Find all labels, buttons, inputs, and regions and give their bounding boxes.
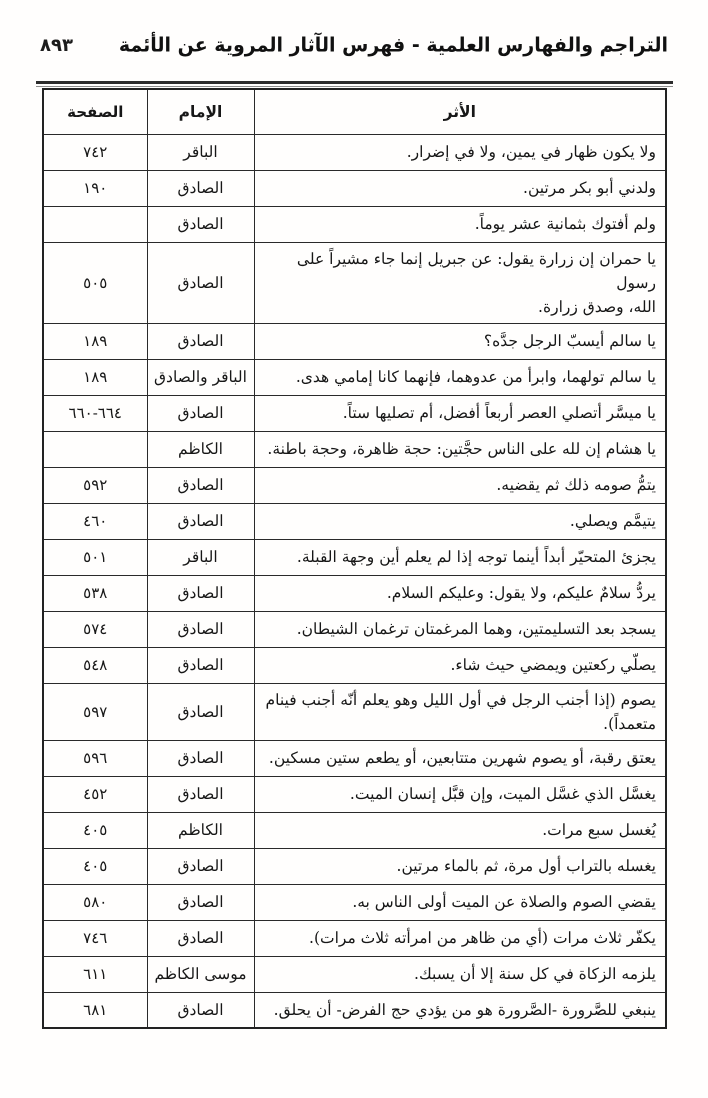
- cell-athar: ولدني أبو بكر مرتين.: [254, 170, 666, 206]
- table-row: يغسَّل الذي غسَّل الميت، وإن قبَّل إنسان…: [43, 776, 666, 812]
- table-row: يا حمران إن زرارة يقول: عن جبريل إنما جا…: [43, 242, 666, 323]
- cell-imam: الصادق: [147, 575, 254, 611]
- cell-imam: الباقر: [147, 134, 254, 170]
- cell-page: ١٨٩: [43, 323, 147, 359]
- table-row: يكفّر ثلاث مرات (أي من ظاهر من امرأته ثل…: [43, 920, 666, 956]
- cell-page: ٥٧٤: [43, 611, 147, 647]
- column-header-page: الصفحة: [43, 89, 147, 134]
- cell-page: ٧٤٢: [43, 134, 147, 170]
- table-row: يا هشام إن لله على الناس حجَّتين: حجة ظا…: [43, 431, 666, 467]
- cell-imam: الصادق: [147, 848, 254, 884]
- column-header-imam: الإمام: [147, 89, 254, 134]
- cell-athar: يعتق رقبة، أو يصوم شهرين متتابعين، أو يط…: [254, 740, 666, 776]
- cell-athar: يلزمه الزكاة في كل سنة إلا أن يسبك.: [254, 956, 666, 992]
- column-header-athar: الأثر: [254, 89, 666, 134]
- table-row: يقضي الصوم والصلاة عن الميت أولى الناس ب…: [43, 884, 666, 920]
- cell-page: ١٩٠: [43, 170, 147, 206]
- cell-page: ١٨٩: [43, 359, 147, 395]
- book-page: التراجم والفهارس العلمية - فهرس الآثار ا…: [0, 0, 708, 1098]
- cell-page: ٥٩٦: [43, 740, 147, 776]
- cell-page: ٦٦٤-٦٦٠: [43, 395, 147, 431]
- table-row: يتمُّ صومه ذلك ثم يقضيه.الصادق٥٩٢: [43, 467, 666, 503]
- cell-page: ٤٥٢: [43, 776, 147, 812]
- cell-imam: الكاظم: [147, 812, 254, 848]
- cell-page: [43, 206, 147, 242]
- cell-imam: الصادق: [147, 170, 254, 206]
- cell-page: ٥٩٧: [43, 683, 147, 740]
- cell-imam: الصادق: [147, 740, 254, 776]
- page-number: ٨٩٣: [40, 35, 87, 56]
- cell-athar: يا سالم تولهما، وابرأ من عدوهما، فإنهما …: [254, 359, 666, 395]
- cell-page: ٤٠٥: [43, 848, 147, 884]
- table-row: ينبغي للصَّرورة -الصَّرورة هو من يؤدي حج…: [43, 992, 666, 1028]
- table-row: يا سالم تولهما، وابرأ من عدوهما، فإنهما …: [43, 359, 666, 395]
- table-row: يصلّي ركعتين ويمضي حيث شاء.الصادق٥٤٨: [43, 647, 666, 683]
- table-row: يا ميسَّر أتصلي العصر أربعاً أفضل، أم تص…: [43, 395, 666, 431]
- cell-imam: الصادق: [147, 647, 254, 683]
- cell-imam: الصادق: [147, 503, 254, 539]
- cell-page: ٥٩٢: [43, 467, 147, 503]
- cell-imam: الصادق: [147, 206, 254, 242]
- cell-page: ٧٤٦: [43, 920, 147, 956]
- cell-imam: الباقر: [147, 539, 254, 575]
- cell-athar: يُغسل سبع مرات.: [254, 812, 666, 848]
- table-header-row: الأثر الإمام الصفحة: [43, 89, 666, 134]
- cell-page: ٦١١: [43, 956, 147, 992]
- cell-athar: يغسَّل الذي غسَّل الميت، وإن قبَّل إنسان…: [254, 776, 666, 812]
- cell-page: ٥٨٠: [43, 884, 147, 920]
- cell-athar: يا حمران إن زرارة يقول: عن جبريل إنما جا…: [254, 242, 666, 323]
- cell-page: ٥٣٨: [43, 575, 147, 611]
- cell-imam: الباقر والصادق: [147, 359, 254, 395]
- table-row: يتيمَّم ويصلي.الصادق٤٦٠: [43, 503, 666, 539]
- cell-imam: الصادق: [147, 776, 254, 812]
- cell-imam: الكاظم: [147, 431, 254, 467]
- cell-athar: ولم أفتوك بثمانية عشر يوماً.: [254, 206, 666, 242]
- cell-athar: يا هشام إن لله على الناس حجَّتين: حجة ظا…: [254, 431, 666, 467]
- cell-athar: يتيمَّم ويصلي.: [254, 503, 666, 539]
- cell-athar: يردُّ سلامٌ عليكم، ولا يقول: وعليكم السل…: [254, 575, 666, 611]
- cell-imam: موسى الكاظم: [147, 956, 254, 992]
- cell-athar: يجزئ المتحيّر أبداً أينما توجه إذا لم يع…: [254, 539, 666, 575]
- page-header: التراجم والفهارس العلمية - فهرس الآثار ا…: [40, 34, 668, 56]
- header-rule: [36, 81, 673, 87]
- cell-imam: الصادق: [147, 683, 254, 740]
- cell-imam: الصادق: [147, 242, 254, 323]
- cell-imam: الصادق: [147, 323, 254, 359]
- cell-athar: يقضي الصوم والصلاة عن الميت أولى الناس ب…: [254, 884, 666, 920]
- table-row: يردُّ سلامٌ عليكم، ولا يقول: وعليكم السل…: [43, 575, 666, 611]
- cell-imam: الصادق: [147, 467, 254, 503]
- cell-athar: يتمُّ صومه ذلك ثم يقضيه.: [254, 467, 666, 503]
- cell-athar: ولا يكون ظهار في يمين، ولا في إضرار.: [254, 134, 666, 170]
- table-row: يسجد بعد التسليمتين، وهما المرغمتان ترغم…: [43, 611, 666, 647]
- table-row: ولا يكون ظهار في يمين، ولا في إضرار.البا…: [43, 134, 666, 170]
- table-row: يغسله بالتراب أول مرة، ثم بالماء مرتين.ا…: [43, 848, 666, 884]
- cell-athar: يا سالم أيسبّ الرجل جدَّه؟: [254, 323, 666, 359]
- cell-page: ٤٦٠: [43, 503, 147, 539]
- cell-imam: الصادق: [147, 992, 254, 1028]
- cell-athar: يصلّي ركعتين ويمضي حيث شاء.: [254, 647, 666, 683]
- cell-page: ٥٠٥: [43, 242, 147, 323]
- cell-athar: يسجد بعد التسليمتين، وهما المرغمتان ترغم…: [254, 611, 666, 647]
- index-table: الأثر الإمام الصفحة ولا يكون ظهار في يمي…: [42, 88, 667, 1029]
- table-row: يعتق رقبة، أو يصوم شهرين متتابعين، أو يط…: [43, 740, 666, 776]
- cell-athar: ينبغي للصَّرورة -الصَّرورة هو من يؤدي حج…: [254, 992, 666, 1028]
- cell-page: ٥٠١: [43, 539, 147, 575]
- cell-page: ٦٨١: [43, 992, 147, 1028]
- table-row: يُغسل سبع مرات.الكاظم٤٠٥: [43, 812, 666, 848]
- cell-imam: الصادق: [147, 920, 254, 956]
- cell-page: ٥٤٨: [43, 647, 147, 683]
- table-body: ولا يكون ظهار في يمين، ولا في إضرار.البا…: [43, 134, 666, 1028]
- cell-imam: الصادق: [147, 884, 254, 920]
- cell-page: [43, 431, 147, 467]
- cell-page: ٤٠٥: [43, 812, 147, 848]
- cell-athar: يكفّر ثلاث مرات (أي من ظاهر من امرأته ثل…: [254, 920, 666, 956]
- table-head: الأثر الإمام الصفحة: [43, 89, 666, 134]
- cell-imam: الصادق: [147, 611, 254, 647]
- cell-athar: يا ميسَّر أتصلي العصر أربعاً أفضل، أم تص…: [254, 395, 666, 431]
- table-row: يلزمه الزكاة في كل سنة إلا أن يسبك.موسى …: [43, 956, 666, 992]
- table-row: ولم أفتوك بثمانية عشر يوماً.الصادق: [43, 206, 666, 242]
- running-title: التراجم والفهارس العلمية - فهرس الآثار ا…: [119, 33, 668, 56]
- cell-athar: يغسله بالتراب أول مرة، ثم بالماء مرتين.: [254, 848, 666, 884]
- table-row: يا سالم أيسبّ الرجل جدَّه؟الصادق١٨٩: [43, 323, 666, 359]
- table-row: يجزئ المتحيّر أبداً أينما توجه إذا لم يع…: [43, 539, 666, 575]
- cell-imam: الصادق: [147, 395, 254, 431]
- cell-athar: يصوم (إذا أجنب الرجل في أول الليل وهو يع…: [254, 683, 666, 740]
- table-row: يصوم (إذا أجنب الرجل في أول الليل وهو يع…: [43, 683, 666, 740]
- table-row: ولدني أبو بكر مرتين.الصادق١٩٠: [43, 170, 666, 206]
